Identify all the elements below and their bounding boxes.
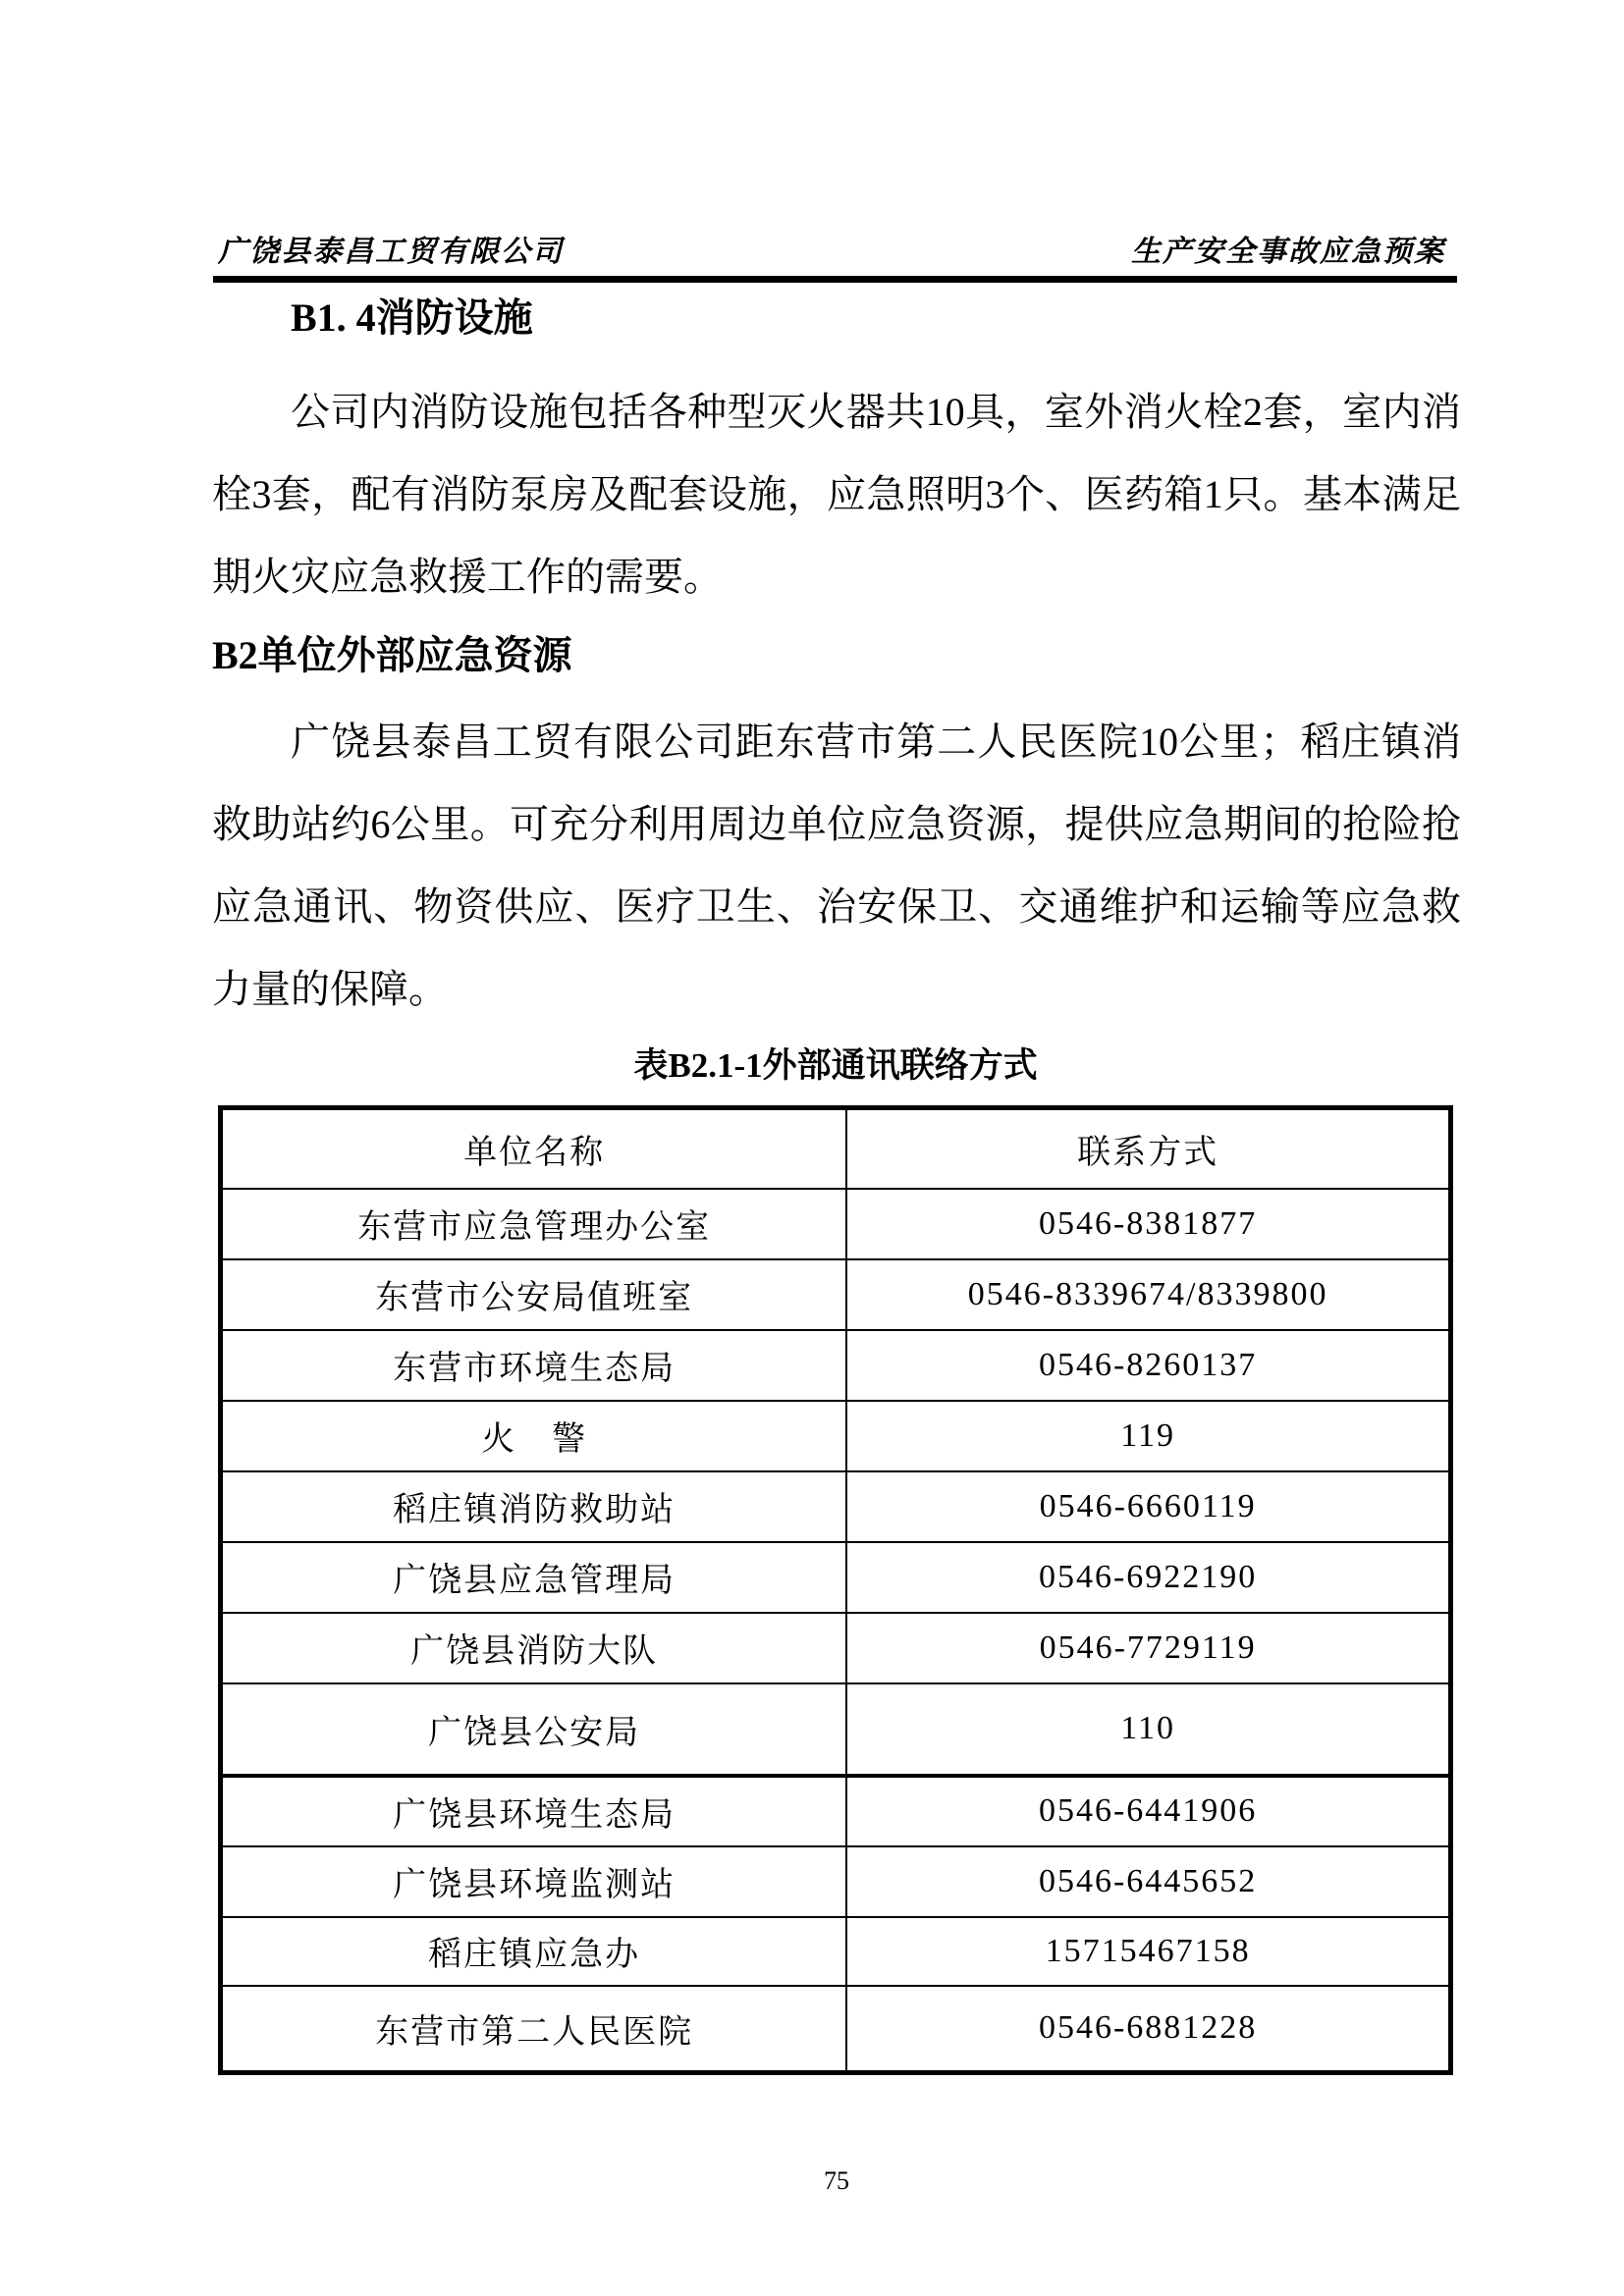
table-row: 稻庄镇消防救助站0546-6660119 [221, 1471, 1451, 1542]
contact-number-cell: 0546-6441906 [846, 1776, 1450, 1846]
paragraph-line: 公司内消防设施包括各种型灭火器共10具，室外消火栓2套，室内消火 [212, 371, 1461, 454]
paragraph-line: 应急通讯、物资供应、医疗卫生、治安保卫、交通维护和运输等应急救援 [212, 866, 1461, 948]
table-row: 稻庄镇应急办15715467158 [221, 1917, 1451, 1986]
contact-number-cell: 0546-8260137 [846, 1330, 1450, 1401]
unit-name-cell: 广饶县环境监测站 [221, 1846, 847, 1917]
contact-number-cell: 15715467158 [846, 1917, 1450, 1986]
table-row: 广饶县环境生态局0546-6441906 [221, 1776, 1451, 1846]
contact-table-body: 东营市应急管理办公室0546-8381877东营市公安局值班室0546-8339… [221, 1189, 1451, 2073]
unit-name-cell: 广饶县消防大队 [221, 1613, 847, 1683]
unit-name-cell: 广饶县应急管理局 [221, 1542, 847, 1613]
table-caption: 表B2.1-1外部通讯联络方式 [218, 1046, 1453, 1086]
unit-name-cell: 东营市应急管理办公室 [221, 1189, 847, 1259]
contact-number-cell: 119 [846, 1401, 1450, 1471]
table-row: 火 警119 [221, 1401, 1451, 1471]
unit-name-cell: 东营市环境生态局 [221, 1330, 847, 1401]
column-header-contact: 联系方式 [846, 1108, 1450, 1189]
table-row: 东营市第二人民医院0546-6881228 [221, 1986, 1451, 2073]
table-row: 广饶县公安局110 [221, 1683, 1451, 1776]
table-row: 广饶县应急管理局0546-6922190 [221, 1542, 1451, 1613]
unit-name-cell: 东营市第二人民医院 [221, 1986, 847, 2073]
paragraph-line: 期火灾应急救援工作的需要。 [212, 536, 1461, 618]
page-number: 75 [212, 2166, 1461, 2196]
contact-table: 单位名称 联系方式 东营市应急管理办公室0546-8381877东营市公安局值班… [218, 1105, 1453, 2075]
unit-name-cell: 火 警 [221, 1401, 847, 1471]
contact-number-cell: 0546-7729119 [846, 1613, 1450, 1683]
table-row: 东营市应急管理办公室0546-8381877 [221, 1189, 1451, 1259]
contact-number-cell: 0546-8339674/8339800 [846, 1259, 1450, 1330]
table-row: 广饶县环境监测站0546-6445652 [221, 1846, 1451, 1917]
unit-name-cell: 广饶县公安局 [221, 1683, 847, 1776]
contact-number-cell: 0546-6445652 [846, 1846, 1450, 1917]
paragraph-external-resources: 广饶县泰昌工贸有限公司距东营市第二人民医院10公里；稻庄镇消防 救助站约6公里。… [212, 701, 1461, 1031]
table-header-row: 单位名称 联系方式 [221, 1108, 1451, 1189]
contact-number-cell: 110 [846, 1683, 1450, 1776]
paragraph-line: 栓3套，配有消防泵房及配套设施，应急照明3个、医药箱1只。基本满足初 [212, 454, 1461, 536]
contact-number-cell: 0546-8381877 [846, 1189, 1450, 1259]
document-page: 广饶县泰昌工贸有限公司 生产安全事故应急预案 B1. 4消防设施 公司内消防设施… [0, 0, 1624, 2296]
paragraph-fire-facilities: 公司内消防设施包括各种型灭火器共10具，室外消火栓2套，室内消火 栓3套，配有消… [212, 371, 1461, 618]
contact-number-cell: 0546-6922190 [846, 1542, 1450, 1613]
column-header-unit-name: 单位名称 [221, 1108, 847, 1189]
contact-number-cell: 0546-6881228 [846, 1986, 1450, 2073]
unit-name-cell: 稻庄镇应急办 [221, 1917, 847, 1986]
unit-name-cell: 稻庄镇消防救助站 [221, 1471, 847, 1542]
page-header-doc-title: 生产安全事故应急预案 [1131, 227, 1445, 270]
table-row: 广饶县消防大队0546-7729119 [221, 1613, 1451, 1683]
table-row: 东营市公安局值班室0546-8339674/8339800 [221, 1259, 1451, 1330]
contact-number-cell: 0546-6660119 [846, 1471, 1450, 1542]
paragraph-line: 力量的保障。 [212, 948, 1461, 1031]
section-heading-b14-fire-facilities: B1. 4消防设施 [291, 295, 533, 341]
section-heading-b2-external-resources: B2单位外部应急资源 [212, 633, 572, 678]
unit-name-cell: 东营市公安局值班室 [221, 1259, 847, 1330]
unit-name-cell: 广饶县环境生态局 [221, 1776, 847, 1846]
table-row: 东营市环境生态局0546-8260137 [221, 1330, 1451, 1401]
page-header-company: 广饶县泰昌工贸有限公司 [218, 227, 564, 270]
header-rule [213, 276, 1457, 283]
paragraph-line: 广饶县泰昌工贸有限公司距东营市第二人民医院10公里；稻庄镇消防 [212, 701, 1461, 783]
paragraph-line: 救助站约6公里。可充分利用周边单位应急资源，提供应急期间的抢险抢修、 [212, 783, 1461, 866]
